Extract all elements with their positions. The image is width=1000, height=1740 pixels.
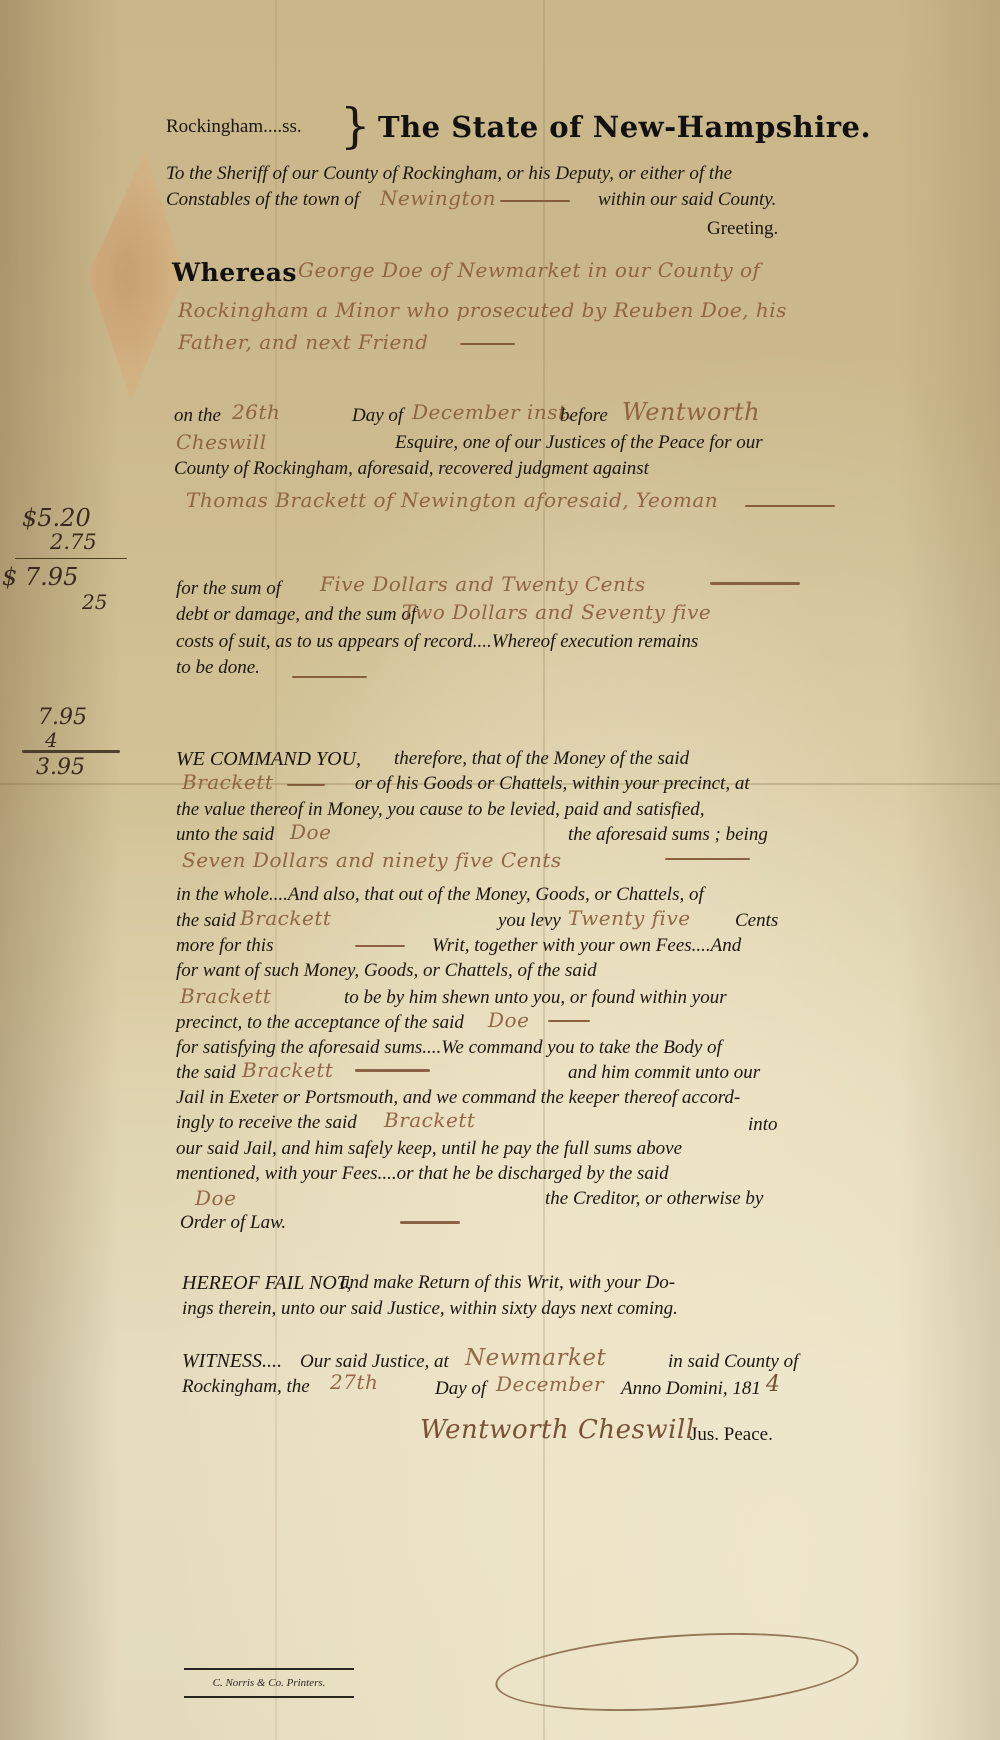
- ink-dash: [710, 582, 800, 585]
- document-title: The State of New-Hampshire.: [378, 110, 871, 144]
- command-line-15: our said Jail, and him safely keep, unti…: [176, 1138, 682, 1160]
- signature-title: Jus. Peace.: [690, 1424, 773, 1446]
- county-caption: Rockingham....ss.: [166, 116, 302, 138]
- name-hand-5: Brackett: [384, 1108, 475, 1132]
- witness-line-1-suffix: in said County of: [668, 1351, 798, 1373]
- whereas-label: Whereas: [172, 258, 297, 287]
- command-line-4-suffix: the aforesaid sums ; being: [568, 824, 768, 846]
- sum-prefix: for the sum of: [176, 578, 281, 600]
- margin-calc-debt: $5.20: [22, 504, 91, 532]
- command-line-18: Order of Law.: [180, 1212, 286, 1234]
- command-line-14-prefix: ingly to receive the said: [176, 1112, 357, 1134]
- creditor-hand-1: Doe: [290, 820, 331, 844]
- debt-amount-hand: Five Dollars and Twenty Cents: [320, 572, 646, 596]
- command-line-6-prefix: the said: [176, 910, 236, 932]
- witness-place-hand: Newmarket: [465, 1345, 606, 1371]
- command-line-12-prefix: the said: [176, 1062, 236, 1084]
- printer-imprint: C. Norris & Co. Printers.: [184, 1668, 354, 1698]
- ink-dash: [665, 858, 750, 860]
- command-line-17-suffix: the Creditor, or otherwise by: [545, 1188, 763, 1210]
- witness-month-hand: December: [496, 1372, 604, 1396]
- command-lead: WE COMMAND YOU,: [176, 748, 361, 771]
- salutation-line-1: To the Sheriff of our County of Rockingh…: [166, 163, 732, 185]
- command-line-11: for satisfying the aforesaid sums....We …: [176, 1037, 722, 1059]
- salutation-line-2: Constables of the town of: [166, 189, 359, 211]
- margin-calc-levy: 25: [82, 590, 107, 614]
- costs-text: costs of suit, as to us appears of recor…: [176, 631, 698, 653]
- signature-flourish: [493, 1622, 861, 1721]
- command-line-14-suffix: into: [748, 1114, 778, 1136]
- justice-last-name-hand: Cheswill: [176, 430, 267, 454]
- judgment-before: before: [560, 405, 608, 427]
- witness-line-2-prefix: Rockingham, the: [182, 1376, 310, 1398]
- margin-calc-2-total: 7.95: [38, 705, 87, 730]
- costs-amount-hand: Two Dollars and Seventy five: [402, 600, 711, 624]
- command-line-4-prefix: unto the said: [176, 824, 274, 846]
- county-text: County of Rockingham, aforesaid, recover…: [174, 458, 649, 480]
- name-hand-1: Brackett: [182, 770, 273, 794]
- command-line-6-suffix: Cents: [735, 910, 778, 932]
- judgment-on-the: on the: [174, 405, 221, 427]
- name-hand-2: Brackett: [240, 906, 331, 930]
- command-line-13: Jail in Exeter or Portsmouth, and we com…: [176, 1087, 740, 1109]
- whereas-hand-line-3: Father, and next Friend: [178, 330, 428, 354]
- whereas-hand-line-1: George Doe of Newmarket in our County of: [298, 258, 760, 282]
- greeting: Greeting.: [707, 218, 778, 240]
- name-hand-4: Brackett: [242, 1058, 333, 1082]
- command-line-3: the value thereof in Money, you cause to…: [176, 799, 705, 821]
- creditor-hand-3: Doe: [195, 1186, 236, 1210]
- ink-dash: [287, 784, 325, 786]
- justice-first-name-hand: Wentworth: [622, 398, 760, 426]
- total-amount-hand: Seven Dollars and ninety five Cents: [182, 848, 562, 872]
- ink-dash: [460, 343, 515, 345]
- judgment-day-hand: 26th: [232, 400, 280, 424]
- command-line-7-prefix: more for this: [176, 935, 273, 957]
- command-line-8: for want of such Money, Goods, or Chatte…: [176, 960, 597, 982]
- hereof-line-1: and make Return of this Writ, with your …: [340, 1272, 675, 1294]
- ink-dash: [500, 200, 570, 202]
- margin-calc-2-result: 3.95: [36, 755, 85, 780]
- to-be-done: to be done.: [176, 657, 260, 679]
- command-line-5: in the whole....And also, that out of th…: [176, 884, 704, 906]
- debt-label: debt or damage, and the sum of: [176, 604, 416, 626]
- margin-calc-2-subtract: 4: [45, 728, 58, 752]
- witness-line-2-mid: Day of: [435, 1378, 486, 1400]
- town-handwritten: Newington: [380, 186, 496, 210]
- witness-day-hand: 27th: [330, 1370, 378, 1394]
- command-line-12-suffix: and him commit unto our: [568, 1062, 760, 1084]
- brace-glyph: }: [340, 98, 371, 154]
- command-line-16: mentioned, with your Fees....or that he …: [176, 1163, 669, 1185]
- margin-sum-line: [15, 558, 127, 559]
- name-hand-3: Brackett: [180, 984, 271, 1008]
- ink-dash: [400, 1221, 460, 1224]
- witness-lead: WITNESS....: [182, 1350, 282, 1373]
- command-line-9: to be by him shewn unto you, or found wi…: [344, 987, 727, 1009]
- esquire-text: Esquire, one of our Justices of the Peac…: [395, 432, 763, 454]
- ink-dash: [548, 1020, 590, 1022]
- witness-line-2-suffix: Anno Domini, 181: [621, 1378, 761, 1400]
- ink-dash: [355, 1069, 430, 1072]
- defendant-hand: Thomas Brackett of Newington aforesaid, …: [186, 488, 718, 512]
- hereof-line-2: ings therein, unto our said Justice, wit…: [182, 1298, 678, 1320]
- margin-sum-line: [22, 750, 120, 753]
- judgment-day-of: Day of: [352, 405, 403, 427]
- levy-amount-hand: Twenty five: [568, 906, 691, 930]
- justice-signature: Wentworth Cheswill: [420, 1415, 695, 1445]
- wax-seal-diamond-patch: [88, 150, 184, 400]
- salutation-line-2-suffix: within our said County.: [598, 189, 776, 211]
- hereof-lead: HEREOF FAIL NOT,: [182, 1272, 351, 1295]
- witness-year-digit-hand: 4: [766, 1372, 781, 1397]
- whereas-hand-line-2: Rockingham a Minor who prosecuted by Reu…: [178, 298, 787, 322]
- ink-dash: [745, 505, 835, 507]
- command-line-2: or of his Goods or Chattels, within your…: [355, 773, 750, 795]
- ink-dash: [355, 945, 405, 947]
- margin-calc-total: $ 7.95: [2, 563, 78, 591]
- creditor-hand-2: Doe: [488, 1008, 529, 1032]
- document-paper: Rockingham....ss. } The State of New-Ham…: [0, 0, 1000, 1740]
- command-line-6-mid: you levy: [498, 910, 561, 932]
- command-line-7-suffix: Writ, together with your own Fees....And: [432, 935, 741, 957]
- judgment-month-hand: December inst.: [412, 400, 573, 424]
- command-line-1: therefore, that of the Money of the said: [394, 748, 689, 770]
- command-line-10-prefix: precinct, to the acceptance of the said: [176, 1012, 464, 1034]
- ink-dash: [292, 676, 367, 678]
- margin-calc-costs: 2.75: [50, 530, 97, 554]
